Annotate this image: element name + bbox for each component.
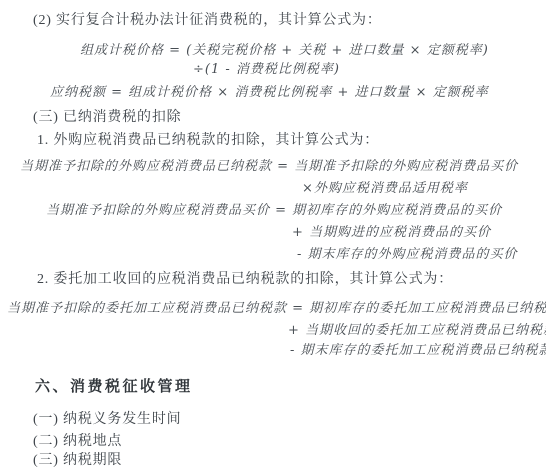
list-item-tax-obligation-time: (一) 纳税义务发生时间 (33, 408, 181, 428)
formula-purchased-deductible-price: 当期准予扣除的外购应税消费品买价 = 期初库存的外购应税消费品的买价 (46, 199, 502, 218)
formula-purchased-deductible-price-minus: - 期末库存的外购应税消费品的买价 (297, 243, 518, 262)
heading-collection-management: 六、消费税征收管理 (35, 375, 193, 396)
heading-paid-tax-deduction: (三) 已纳消费税的扣除 (33, 106, 181, 126)
formula-tax-payable: 应纳税额 = 组成计税价格 × 消费税比例税率 + 进口数量 × 定额税率 (50, 81, 489, 100)
formula-commissioned-deductible-tax: 当期准予扣除的委托加工应税消费品已纳税款 = 期初库存的委托加工应税消费品已纳税… (7, 297, 546, 316)
list-item-tax-payment-deadline: (三) 纳税期限 (33, 449, 122, 469)
formula-commissioned-deductible-tax-minus: - 期末库存的委托加工应税消费品已纳税款 (290, 339, 546, 358)
list-item-tax-payment-place: (二) 纳税地点 (33, 430, 122, 450)
formula-composite-taxable-price-continuation: ÷(1 - 消费税比例税率) (193, 58, 340, 77)
paragraph-commissioned-deduction-intro: 2. 委托加工收回的应税消费品已纳税款的扣除，其计算公式为： (37, 268, 453, 288)
formula-purchased-deductible-tax: 当期准予扣除的外购应税消费品已纳税款 = 当期准予扣除的外购应税消费品买价 (20, 155, 518, 174)
paragraph-compound-method-intro: (2) 实行复合计税办法计征消费税的，其计算公式为： (33, 9, 382, 29)
formula-purchased-deductible-price-plus: + 当期购进的应税消费品的买价 (292, 221, 491, 240)
paragraph-purchased-deduction-intro: 1. 外购应税消费品已纳税款的扣除，其计算公式为： (37, 129, 379, 149)
formula-commissioned-deductible-tax-plus: + 当期收回的委托加工应税消费品已纳税款 (288, 319, 546, 338)
document-page: (2) 实行复合计税办法计征消费税的，其计算公式为： 组成计税价格 = (关税完… (0, 0, 546, 471)
formula-purchased-deductible-tax-continuation: ×外购应税消费品适用税率 (302, 177, 468, 196)
formula-composite-taxable-price: 组成计税价格 = (关税完税价格 + 关税 + 进口数量 × 定额税率) (80, 39, 489, 58)
